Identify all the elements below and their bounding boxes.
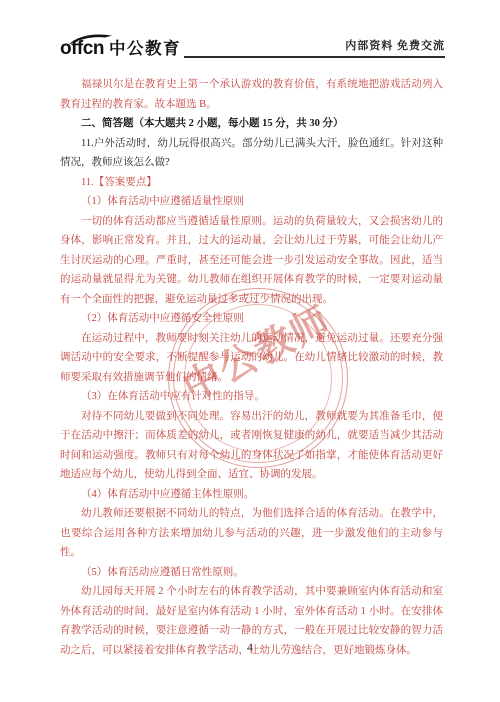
header-rule: 内部资料 免费交流 — [184, 37, 445, 58]
page-number: 4 — [0, 640, 500, 655]
logo-swoosh-icon — [67, 32, 113, 46]
document-page: offcn 中公教育 内部资料 免费交流 中公教师 福禄贝尔是在教育史上第一个承… — [0, 0, 500, 702]
document-body: 福禄贝尔是在教育史上第一个承认游戏的教育价值，有系统地把游戏活动列入教育过程的教… — [60, 75, 443, 660]
logo-wordmark-cn: 中公教育 — [109, 41, 181, 59]
page-header: offcn 中公教育 内部资料 免费交流 — [60, 31, 445, 58]
answer-point-2-body: 在运动过程中，教师要时刻关注幼儿的运动情况，避免运动过量。还要充分强调活动中的安… — [60, 329, 443, 388]
section-heading: 二、简答题（本大题共 2 小题，每小题 15 分，共 30 分） — [60, 114, 443, 134]
answer-point-2-title: （2）体育活动中应遵循安全性原则 — [60, 309, 443, 329]
answer-point-4-title: （4）体育活动中应遵循主体性原则。 — [60, 485, 443, 505]
offcn-logo: offcn 中公教育 — [60, 39, 184, 58]
header-note: 内部资料 免费交流 — [345, 37, 445, 53]
answer-point-3-body: 对待不同幼儿要做到不同处理。容易出汗的幼儿，教师就要为其准备毛巾，便于在活动中擦… — [60, 407, 443, 485]
answer-point-3-title: （3）在体育活动中应有针对性的指导。 — [60, 387, 443, 407]
question-11-text: 11.户外活动时，幼儿玩得很高兴。部分幼儿已满头大汗，脸色通红。针对这种情况，教… — [60, 134, 443, 173]
answer-point-4-body: 幼儿教师还要根据不同幼儿的特点，为他们选择合适的体育活动。在教学中，也要综合运用… — [60, 504, 443, 563]
answer-point-1-title: （1）体育活动中应遵循适量性原则 — [60, 192, 443, 212]
answer-point-5-title: （5）体育活动应遵循日常性原则。 — [60, 563, 443, 583]
answer-point-1-body: 一切的体育活动都应当遵循适量性原则。运动的负荷量较大，又会损害幼儿的身体，影响正… — [60, 212, 443, 310]
answer-key-label: 11.【答案要点】 — [60, 173, 443, 193]
answer-explanation-continued: 福禄贝尔是在教育史上第一个承认游戏的教育价值，有系统地把游戏活动列入教育过程的教… — [60, 75, 443, 114]
